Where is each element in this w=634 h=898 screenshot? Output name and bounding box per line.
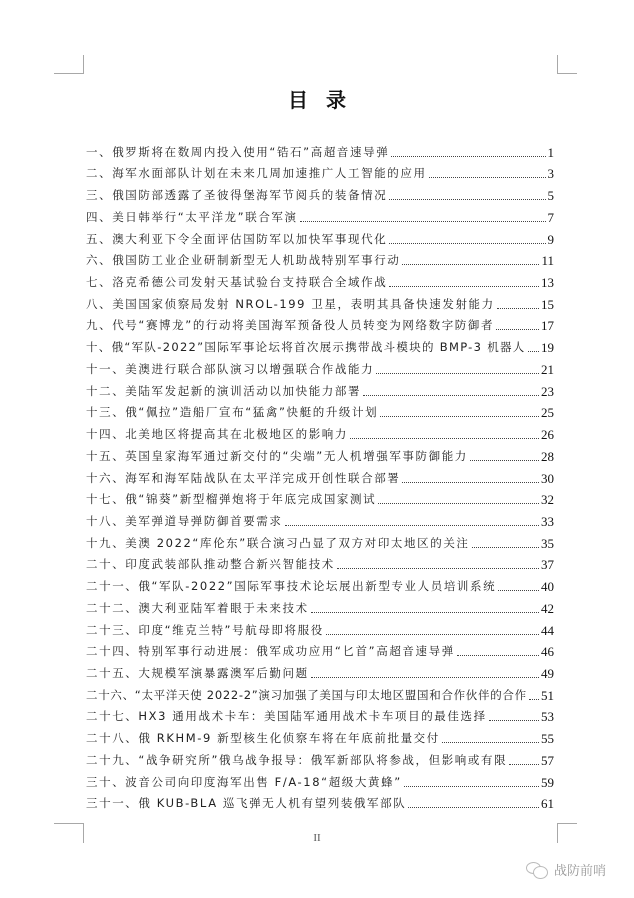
- toc-entry-page: 17: [541, 318, 554, 333]
- toc-entry[interactable]: 三、俄国防部透露了圣彼得堡海军节阅兵的装备情况5: [86, 181, 554, 203]
- toc-entry-title: 十、俄“军队-2022”国际军事论坛将首次展示携带战斗模块的 BMP-3 机器人: [86, 340, 526, 355]
- toc-entry-page: 25: [541, 405, 554, 420]
- toc-entry-page: 19: [541, 340, 554, 355]
- toc-leader-dots: [363, 394, 539, 396]
- page-number: II: [0, 832, 634, 844]
- toc-leader-dots: [404, 785, 539, 787]
- crop-mark-top-left: [54, 55, 84, 74]
- toc-entry-title: 二十、印度武装部队推动整合新兴智能技术: [86, 557, 335, 572]
- toc-leader-dots: [509, 763, 539, 765]
- toc-leader-dots: [311, 611, 539, 613]
- toc-entry-page: 61: [541, 796, 554, 811]
- toc-entry[interactable]: 十、俄“军队-2022”国际军事论坛将首次展示携带战斗模块的 BMP-3 机器人…: [86, 333, 554, 355]
- toc-leader-dots: [497, 307, 539, 309]
- toc-entry[interactable]: 二十八、俄 RKHM-9 新型核生化侦察车将在年底前批量交付55: [86, 724, 554, 746]
- toc-entry-title: 二十四、特别军事行动进展：俄军成功应用“匕首”高超音速导弹: [86, 644, 455, 659]
- toc-leader-dots: [350, 437, 539, 439]
- toc-entry-page: 21: [541, 362, 554, 377]
- toc-entry[interactable]: 四、美日韩举行“太平洋龙”联合军演7: [86, 203, 554, 225]
- toc-entry[interactable]: 二十五、大规模军演暴露澳军后勤问题49: [86, 659, 554, 681]
- toc-entry-page: 55: [541, 731, 554, 746]
- toc-leader-dots: [489, 719, 539, 721]
- toc-leader-dots: [389, 198, 545, 200]
- toc-entry-page: 42: [541, 601, 554, 616]
- toc-entry-page: 37: [541, 557, 554, 572]
- toc-leader-dots: [472, 546, 539, 548]
- toc-entry-title: 一、俄罗斯将在数周内投入使用“锆石”高超音速导弹: [86, 145, 389, 160]
- toc-entry-page: 15: [541, 297, 554, 312]
- crop-mark-top-right: [557, 55, 577, 74]
- toc-entry-title: 二十八、俄 RKHM-9 新型核生化侦察车将在年底前批量交付: [86, 731, 440, 746]
- toc-entry[interactable]: 二、海军水面部队计划在未来几周加速推广人工智能的应用3: [86, 160, 554, 182]
- toc-entry[interactable]: 十六、海军和海军陆战队在太平洋完成开创性联合部署30: [86, 464, 554, 486]
- toc-entry[interactable]: 十七、俄“锦葵”新型榴弹炮将于年底完成国家测试32: [86, 486, 554, 508]
- toc-entry-page: 7: [548, 210, 555, 225]
- toc-entry-title: 二十二、澳大利亚陆军着眼于未来技术: [86, 601, 309, 616]
- page-title: 目录: [0, 84, 634, 113]
- toc-entry-title: 七、洛克希德公司发射天基试验台支持联合全域作战: [86, 275, 387, 290]
- toc-entry-page: 51: [541, 688, 554, 703]
- toc-entry-title: 十九、美澳 2022“库伦东”联合演习凸显了双方对印太地区的关注: [86, 536, 470, 551]
- toc-entry-title: 十八、美军弹道导弹防御首要需求: [86, 514, 283, 529]
- toc-entry[interactable]: 六、俄国防工业企业研制新型无人机助战特别军事行动11: [86, 247, 554, 269]
- toc-entry[interactable]: 五、澳大利亚下令全面评估国防军以加快军事现代化9: [86, 225, 554, 247]
- toc-entry-title: 二十九、“战争研究所”俄乌战争报导：俄军新部队将参战，但影响或有限: [86, 753, 507, 768]
- toc-entry-page: 53: [541, 709, 554, 724]
- toc-leader-dots: [402, 263, 539, 265]
- toc-entry-title: 三十一、俄 KUB-BLA 巡飞弹无人机有望列装俄军部队: [86, 796, 406, 811]
- toc-leader-dots: [496, 328, 539, 330]
- toc-entry[interactable]: 九、代号“赛博龙”的行动将美国海军预备役人员转变为网络数字防御者17: [86, 312, 554, 334]
- toc-entry-title: 二十三、印度“维克兰特”号航母即将服役: [86, 623, 324, 638]
- toc-entry-page: 23: [541, 384, 554, 399]
- toc-entry-title: 十二、美陆军发起新的演训活动以加快能力部署: [86, 384, 361, 399]
- toc-entry-title: 十四、北美地区将提高其在北极地区的影响力: [86, 427, 348, 442]
- toc-entry[interactable]: 二十七、HX3 通用战术卡车：美国陆军通用战术卡车项目的最佳选择53: [86, 703, 554, 725]
- toc-entry[interactable]: 十九、美澳 2022“库伦东”联合演习凸显了双方对印太地区的关注35: [86, 529, 554, 551]
- toc-entry-title: 四、美日韩举行“太平洋龙”联合军演: [86, 210, 298, 225]
- toc-entry[interactable]: 二十四、特别军事行动进展：俄军成功应用“匕首”高超音速导弹46: [86, 638, 554, 660]
- watermark: 战防前哨: [526, 860, 606, 879]
- toc-entry-page: 3: [548, 166, 555, 181]
- toc-leader-dots: [391, 155, 545, 157]
- table-of-contents: 一、俄罗斯将在数周内投入使用“锆石”高超音速导弹1二、海军水面部队计划在未来几周…: [86, 138, 554, 811]
- toc-leader-dots: [376, 372, 539, 374]
- toc-entry-title: 九、代号“赛博龙”的行动将美国海军预备役人员转变为网络数字防御者: [86, 318, 494, 333]
- toc-entry-page: 28: [541, 449, 554, 464]
- toc-entry-page: 44: [541, 623, 554, 638]
- toc-entry-title: 二十七、HX3 通用战术卡车：美国陆军通用战术卡车项目的最佳选择: [86, 709, 487, 724]
- toc-leader-dots: [326, 633, 539, 635]
- toc-entry[interactable]: 二十六、“太平洋天使 2022-2”演习加强了美国与印太地区盟国和合作伙伴的合作…: [86, 681, 554, 703]
- toc-leader-dots: [389, 242, 545, 244]
- toc-entry-title: 十三、俄“佩拉”造船厂宣布“猛禽”快艇的升级计划: [86, 405, 378, 420]
- toc-leader-dots: [429, 176, 546, 178]
- toc-leader-dots: [380, 415, 539, 417]
- toc-entry[interactable]: 十二、美陆军发起新的演训活动以加快能力部署23: [86, 377, 554, 399]
- toc-leader-dots: [457, 654, 539, 656]
- wechat-icon: [526, 862, 548, 878]
- toc-leader-dots: [389, 285, 539, 287]
- toc-entry-title: 十七、俄“锦葵”新型榴弹炮将于年底完成国家测试: [86, 492, 376, 507]
- toc-entry-page: 49: [541, 666, 554, 681]
- toc-entry-title: 十五、英国皇家海军通过新交付的“尖端”无人机增强军事防御能力: [86, 449, 468, 464]
- toc-entry[interactable]: 十八、美军弹道导弹防御首要需求33: [86, 507, 554, 529]
- toc-entry[interactable]: 十一、美澳进行联合部队演习以增强联合作战能力21: [86, 355, 554, 377]
- toc-leader-dots: [402, 481, 539, 483]
- toc-entry-title: 二十六、“太平洋天使 2022-2”演习加强了美国与印太地区盟国和合作伙伴的合作: [86, 688, 527, 703]
- toc-entry-title: 二十五、大规模军演暴露澳军后勤问题: [86, 666, 309, 681]
- toc-leader-dots: [528, 350, 539, 352]
- toc-entry-page: 57: [541, 753, 554, 768]
- toc-entry-page: 33: [541, 514, 554, 529]
- toc-entry-page: 32: [541, 492, 554, 507]
- toc-entry-page: 40: [541, 579, 554, 594]
- toc-entry-page: 35: [541, 536, 554, 551]
- toc-entry-page: 46: [541, 644, 554, 659]
- toc-leader-dots: [442, 741, 539, 743]
- toc-entry[interactable]: 一、俄罗斯将在数周内投入使用“锆石”高超音速导弹1: [86, 138, 554, 160]
- toc-leader-dots: [300, 220, 546, 222]
- toc-leader-dots: [408, 806, 539, 808]
- toc-leader-dots: [311, 676, 539, 678]
- toc-entry[interactable]: 二十一、俄“军队-2022”国际军事技术论坛展出新型专业人员培训系统40: [86, 572, 554, 594]
- toc-entry-title: 五、澳大利亚下令全面评估国防军以加快军事现代化: [86, 232, 387, 247]
- toc-entry-page: 5: [548, 188, 555, 203]
- toc-entry-title: 二、海军水面部队计划在未来几周加速推广人工智能的应用: [86, 166, 427, 181]
- toc-entry-page: 11: [541, 253, 554, 268]
- toc-entry[interactable]: 十五、英国皇家海军通过新交付的“尖端”无人机增强军事防御能力28: [86, 442, 554, 464]
- toc-leader-dots: [337, 567, 539, 569]
- toc-entry-title: 六、俄国防工业企业研制新型无人机助战特别军事行动: [86, 253, 400, 268]
- toc-entry-title: 三、俄国防部透露了圣彼得堡海军节阅兵的装备情况: [86, 188, 387, 203]
- toc-entry[interactable]: 二十、印度武装部队推动整合新兴智能技术37: [86, 551, 554, 573]
- toc-entry[interactable]: 十四、北美地区将提高其在北极地区的影响力26: [86, 420, 554, 442]
- toc-leader-dots: [285, 524, 540, 526]
- toc-leader-dots: [498, 589, 539, 591]
- toc-entry-title: 三十、波音公司向印度海军出售 F/A-18“超级大黄蜂”: [86, 775, 402, 790]
- toc-leader-dots: [378, 502, 539, 504]
- toc-entry[interactable]: 八、美国国家侦察局发射 NROL-199 卫星，表明其具备快速发射能力15: [86, 290, 554, 312]
- toc-leader-dots: [470, 459, 539, 461]
- toc-entry-title: 八、美国国家侦察局发射 NROL-199 卫星，表明其具备快速发射能力: [86, 297, 495, 312]
- toc-entry-page: 30: [541, 471, 554, 486]
- toc-entry[interactable]: 二十三、印度“维克兰特”号航母即将服役44: [86, 616, 554, 638]
- toc-entry-page: 9: [548, 232, 555, 247]
- watermark-text: 战防前哨: [554, 860, 606, 879]
- toc-entry-page: 59: [541, 775, 554, 790]
- toc-entry-title: 十六、海军和海军陆战队在太平洋完成开创性联合部署: [86, 471, 400, 486]
- toc-entry-page: 13: [541, 275, 554, 290]
- toc-entry-page: 26: [541, 427, 554, 442]
- toc-entry[interactable]: 二十二、澳大利亚陆军着眼于未来技术42: [86, 594, 554, 616]
- toc-entry-page: 1: [548, 145, 555, 160]
- toc-entry[interactable]: 三十、波音公司向印度海军出售 F/A-18“超级大黄蜂”59: [86, 768, 554, 790]
- toc-leader-dots: [529, 698, 539, 700]
- toc-entry-title: 二十一、俄“军队-2022”国际军事技术论坛展出新型专业人员培训系统: [86, 579, 496, 594]
- toc-entry-title: 十一、美澳进行联合部队演习以增强联合作战能力: [86, 362, 374, 377]
- toc-entry[interactable]: 七、洛克希德公司发射天基试验台支持联合全域作战13: [86, 268, 554, 290]
- toc-entry[interactable]: 三十一、俄 KUB-BLA 巡飞弹无人机有望列装俄军部队61: [86, 790, 554, 812]
- toc-entry[interactable]: 二十九、“战争研究所”俄乌战争报导：俄军新部队将参战，但影响或有限57: [86, 746, 554, 768]
- toc-entry[interactable]: 十三、俄“佩拉”造船厂宣布“猛禽”快艇的升级计划25: [86, 399, 554, 421]
